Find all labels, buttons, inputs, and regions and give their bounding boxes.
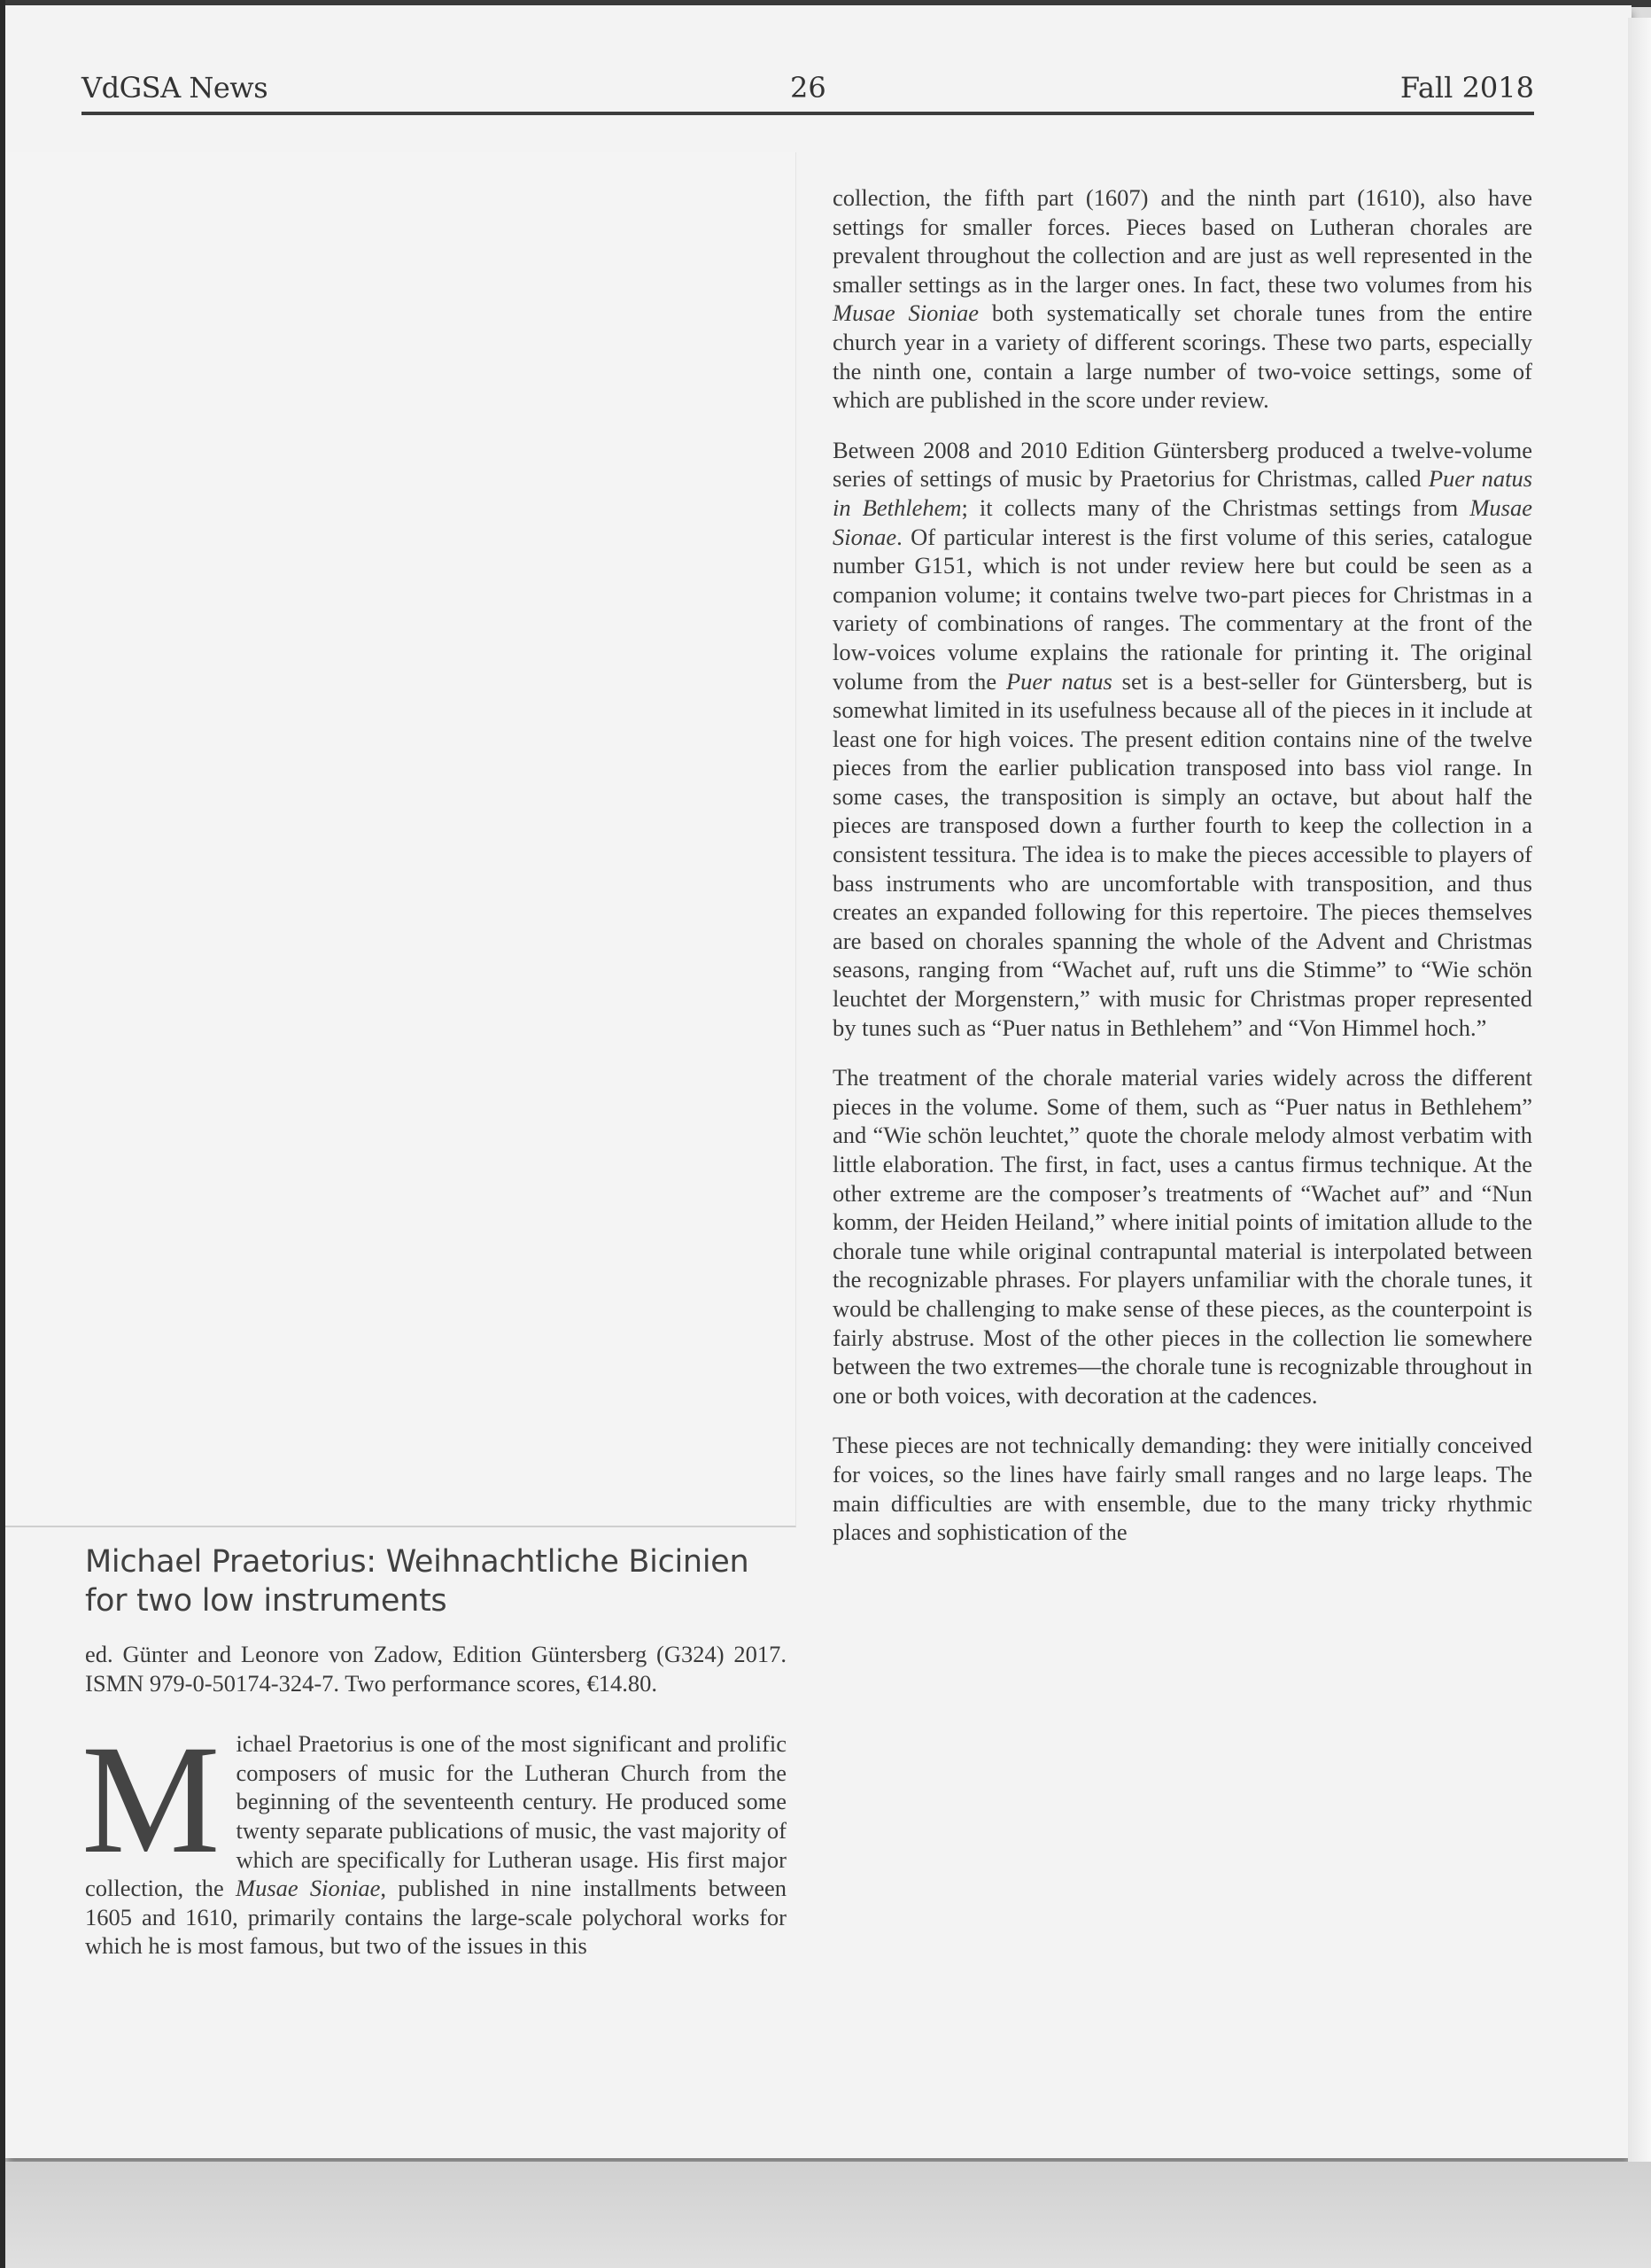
paragraph: collection, the fifth part (1607) and th…: [833, 183, 1532, 415]
issue-date: Fall 2018: [1400, 71, 1534, 105]
italic-title: Musae Sioniae: [833, 299, 979, 326]
paragraph: The treatment of the chorale material va…: [833, 1063, 1532, 1410]
page-fold-edge: [1628, 18, 1651, 2162]
pasted-blank-panel: [5, 152, 796, 1527]
scanner-bed: [0, 2162, 1651, 2268]
right-column: collection, the fifth part (1607) and th…: [833, 183, 1532, 1547]
italic-title: Puer natus: [1006, 668, 1112, 695]
citation: ed. Günter and Leonore von Zadow, Editio…: [85, 1640, 787, 1697]
page-number: 26: [790, 71, 826, 105]
paragraph: These pieces are not technically demandi…: [833, 1431, 1532, 1546]
review-title: Michael Praetorius: Weihnachtliche Bicin…: [85, 1542, 787, 1620]
left-column: Michael Praetorius: Weihnachtliche Bicin…: [85, 1537, 787, 1961]
italic-title: Musae Sioniae: [236, 1875, 380, 1901]
running-header: VdGSA News 26 Fall 2018: [81, 71, 1534, 115]
paragraph: Between 2008 and 2010 Edition Güntersber…: [833, 436, 1532, 1042]
bleed-through-text: ​: [81, 213, 781, 248]
header-rule: [81, 112, 1534, 115]
publication-name: VdGSA News: [81, 71, 267, 105]
intro-paragraph: Michael Praetorius is one of the most si…: [85, 1729, 787, 1961]
drop-cap: M: [81, 1738, 221, 1862]
